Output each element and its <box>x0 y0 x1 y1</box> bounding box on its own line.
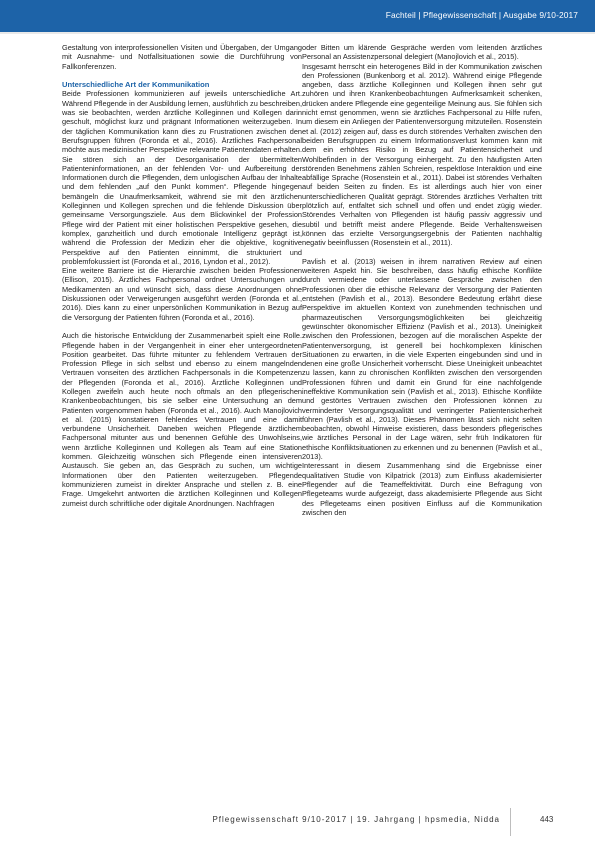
header-band: Fachteil | Pflegewissenschaft | Ausgabe … <box>0 0 595 32</box>
header-divider <box>0 32 595 34</box>
running-head: Fachteil | Pflegewissenschaft | Ausgabe … <box>386 10 578 20</box>
body-paragraph: oder Bitten um klärende Gespräche werden… <box>302 43 542 62</box>
footer-divider <box>510 808 511 836</box>
page-number: 443 <box>540 815 553 824</box>
right-column: oder Bitten um klärende Gespräche werden… <box>302 43 542 517</box>
body-paragraph: Eine weitere Barriere ist die Hierarchie… <box>62 266 302 322</box>
body-paragraph: Insgesamt herrscht ein heterogenes Bild … <box>302 62 542 248</box>
section-heading: Unterschiedliche Art der Kommunikation <box>62 80 302 89</box>
body-paragraph: Beide Professionen kommunizieren auf jew… <box>62 89 302 266</box>
publication-line: Pflegewissenschaft 9/10-2017 | 19. Jahrg… <box>212 815 500 824</box>
left-column: Gestaltung von interprofessionellen Visi… <box>62 43 302 508</box>
body-paragraph: Interessant in diesem Zusammenhang sind … <box>302 461 542 517</box>
paragraph-gap <box>302 248 542 257</box>
intro-paragraph: Gestaltung von interprofessionellen Visi… <box>62 43 302 71</box>
page-footer: Pflegewissenschaft 9/10-2017 | 19. Jahrg… <box>0 808 595 838</box>
body-paragraph: Auch die historische Entwicklung der Zus… <box>62 331 302 508</box>
body-paragraph: Pavlish et al. (2013) weisen in ihrem na… <box>302 257 542 462</box>
paragraph-gap <box>62 322 302 331</box>
paragraph-gap <box>62 71 302 80</box>
